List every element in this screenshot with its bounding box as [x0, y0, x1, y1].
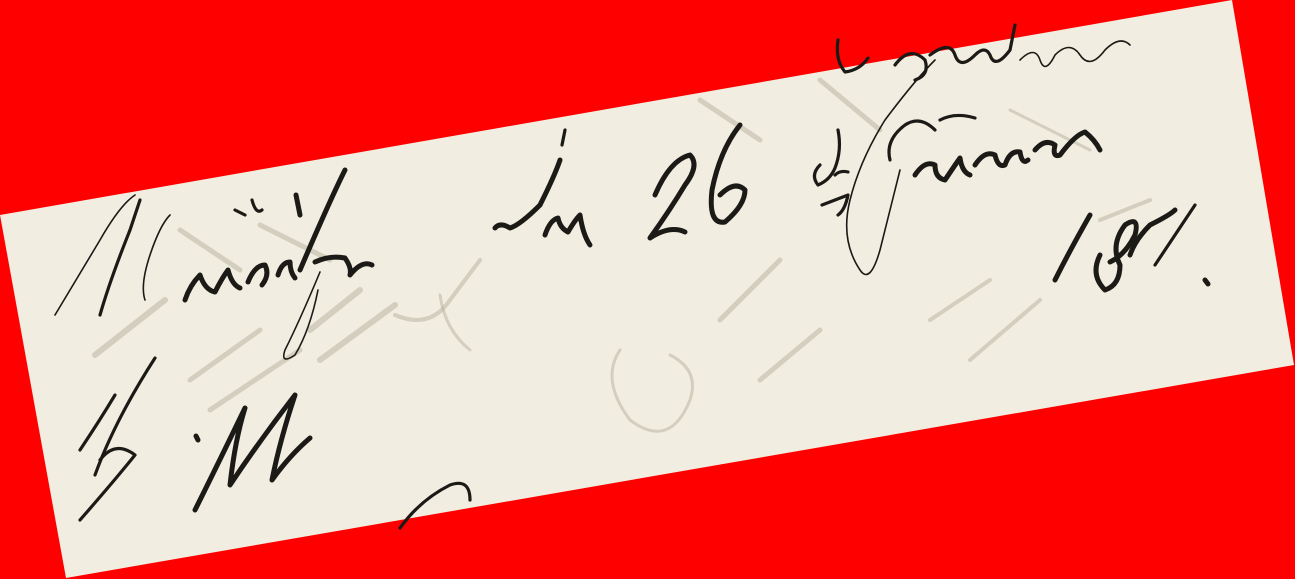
document-scan: [0, 0, 1295, 579]
paper-strip: [0, 0, 1294, 578]
